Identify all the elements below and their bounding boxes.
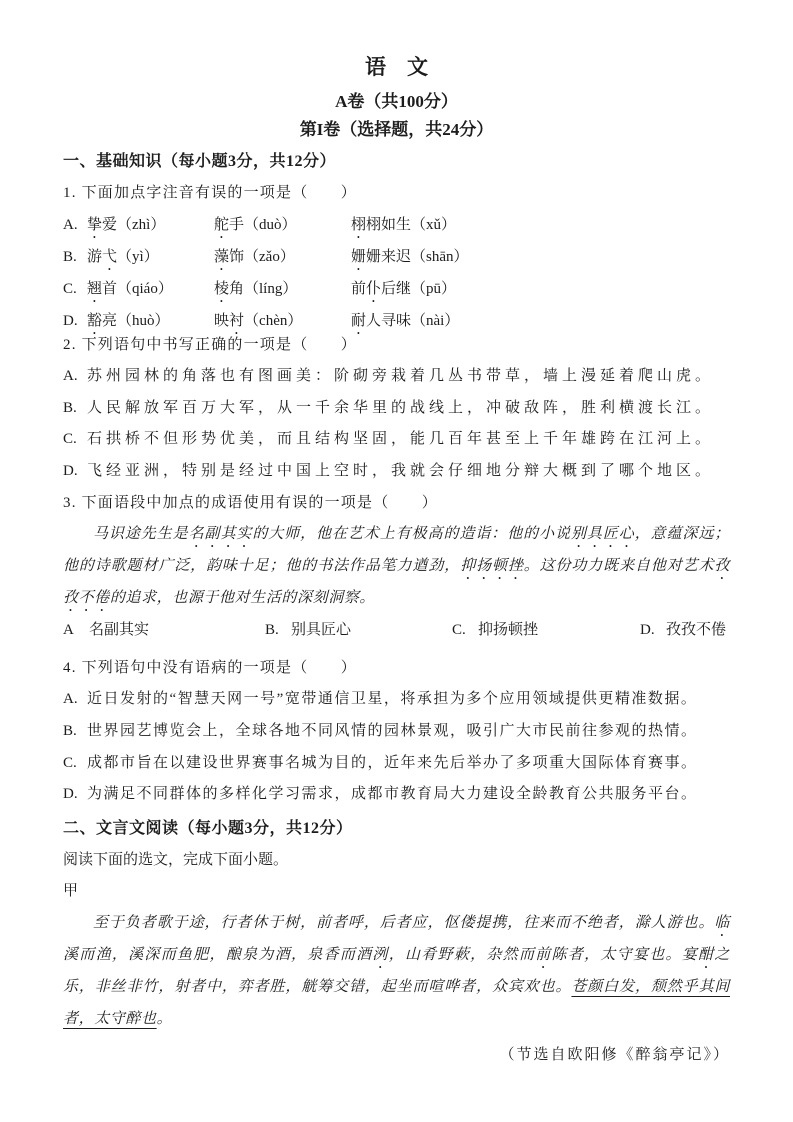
text-segment: 映 — [214, 313, 229, 329]
text-segment: 别具匠心 — [571, 526, 635, 542]
passage-label: 甲 — [63, 876, 730, 908]
text-segment: 前 — [535, 947, 551, 963]
text-segment: 溪而渔，溪深而鱼肥，酿泉为酒，泉香而酒 — [63, 947, 372, 963]
option-text: 人民解放军百万大军，从一千余华里的战线上，冲破敌阵，胜利横渡长江。 — [87, 400, 714, 416]
text-segment: 藻 — [214, 249, 229, 265]
option-label: D. — [63, 456, 87, 488]
option-label: C. — [63, 424, 87, 456]
q3-stem: 3. 下面语段中加点的成语使用有误的一项是（ ） — [63, 488, 730, 520]
text-segment: 豁 — [87, 313, 102, 329]
pinyin-term: 耐人寻味（nài） — [351, 313, 459, 329]
text-segment: 棱 — [214, 281, 229, 297]
text-segment: 至于负者歌于途，行者休于树，前者呼，后者应，伛偻提携，往来而不绝者，滁人游也。 — [93, 915, 714, 931]
q2-option-a: A.苏州园林的角落也有图画美：阶砌旁栽着几丛书带草，墙上漫延着爬山虎。 — [63, 361, 730, 393]
q4-option-a: A.近日发射的“智慧天网一号”宽带通信卫星，将承担为多个应用领域提供更精准数据。 — [63, 684, 730, 716]
option-label: C. — [452, 615, 474, 647]
text-segment: 舵 — [214, 217, 229, 233]
option-text: 别具匠心 — [291, 622, 351, 638]
exam-document: 语 文 A卷（共100分） 第I卷（选择题，共24分） 一、基础知识（每小题3分… — [0, 0, 793, 1122]
option-label: B. — [63, 716, 87, 748]
option-text: 抑扬顿挫 — [478, 622, 538, 638]
text-segment: （yì） — [117, 249, 159, 265]
text-segment: 陈者，太守宴也。宴 — [552, 947, 699, 963]
option-label: A. — [63, 361, 87, 393]
pinyin-term: 游弋（yì） — [87, 242, 214, 274]
text-segment: ，山肴野蔌，杂然而 — [389, 947, 536, 963]
text-segment: 。 — [157, 1011, 173, 1027]
option-label: B. — [63, 393, 87, 425]
text-segment: 酣 — [698, 947, 714, 963]
pinyin-term: 姗姗来迟（shān） — [351, 249, 469, 265]
option-text: 近日发射的“智慧天网一号”宽带通信卫星，将承担为多个应用领域提供更精准数据。 — [87, 691, 697, 707]
pinyin-term: 栩栩如生（xǔ） — [351, 217, 456, 233]
option-text: 世界园艺博览会上，全球各地不同风情的园林景观，吸引广大市民前往参观的热情。 — [87, 723, 698, 739]
text-segment: （chèn） — [244, 313, 302, 329]
option-label: B. — [265, 615, 287, 647]
reading-instruction: 阅读下面的选文，完成下面小题。 — [63, 845, 730, 877]
text-segment: 栩 — [351, 217, 366, 233]
pinyin-term: 前仆后继（pū） — [351, 281, 456, 297]
text-segment: 临 — [714, 915, 730, 931]
text-segment: 仆 — [366, 281, 381, 297]
text-segment: 的大师，他在艺术上有极高的造诣：他的小说 — [252, 526, 571, 542]
section2-heading: 二、文言文阅读（每小题3分，共12分） — [63, 813, 730, 845]
text-segment: 亮（huò） — [102, 313, 170, 329]
text-segment: 人寻味（nài） — [366, 313, 459, 329]
q3-option-c: C.抑扬顿挫 — [452, 615, 640, 647]
part-heading: 第I卷（选择题，共24分） — [63, 116, 730, 144]
q3-option-d: D.孜孜不倦 — [640, 615, 730, 647]
text-segment: 首（qiáo） — [102, 281, 173, 297]
option-label: A. — [63, 684, 87, 716]
text-segment: 栩如生（xǔ） — [366, 217, 456, 233]
text-segment: 后继（pū） — [381, 281, 456, 297]
text-segment: 角（líng） — [229, 281, 297, 297]
classical-passage: 至于负者歌于途，行者休于树，前者呼，后者应，伛偻提携，往来而不绝者，滁人游也。临… — [63, 908, 730, 1035]
passage-attribution: （节选自欧阳修《醉翁亭记》） — [63, 1040, 730, 1072]
option-label: D. — [63, 779, 87, 811]
option-text: 孜孜不倦 — [666, 622, 726, 638]
text-segment: 挚 — [87, 217, 102, 233]
text-segment: 的追求，也源于他对生活的深刻洞察。 — [110, 590, 375, 606]
text-segment: 。这份功力既来自他对艺术 — [524, 558, 715, 574]
q1-stem: 1. 下面加点字注音有误的一项是（ ） — [63, 178, 730, 210]
option-label: A — [63, 615, 85, 647]
text-segment: 爱（zhì） — [102, 217, 165, 233]
q2-option-d: D.飞经亚洲，特别是经过中国上空时，我就会仔细地分辩大概到了哪个地区。 — [63, 456, 730, 488]
text-segment: 姗 — [351, 249, 366, 265]
text-segment: 衬 — [229, 313, 244, 329]
pinyin-term: 翘首（qiáo） — [87, 274, 214, 306]
text-segment: 耐 — [351, 313, 366, 329]
option-text: 石拱桥不但形势优美，而且结构坚固，能几百年甚至上千年雄跨在江河上。 — [87, 431, 714, 447]
text-segment: 马识途先生是 — [93, 526, 189, 542]
pinyin-term: 藻饰（zǎo） — [214, 242, 351, 274]
pinyin-term: 舵手（duò） — [214, 210, 351, 242]
option-text: 成都市旨在以建设世界赛事名城为目的，近年来先后举办了多项重大国际体育赛事。 — [87, 755, 698, 771]
section1-heading: 一、基础知识（每小题3分，共12分） — [63, 146, 730, 178]
q3-options-row: A名副其实 B.别具匠心 C.抑扬顿挫 D.孜孜不倦 — [63, 615, 730, 647]
option-label: A. — [63, 210, 87, 242]
text-segment: 翘 — [87, 281, 102, 297]
pinyin-term: 挚爱（zhì） — [87, 210, 214, 242]
text-segment: 抑扬顿挫 — [460, 558, 524, 574]
q3-option-a: A名副其实 — [63, 615, 265, 647]
option-label: C. — [63, 274, 87, 306]
text-segment: 弋 — [102, 249, 117, 265]
q1-option-b: B.游弋（yì）藻饰（zǎo）姗姗来迟（shān） — [63, 242, 730, 274]
option-label: D. — [640, 615, 662, 647]
option-text: 名副其实 — [89, 622, 149, 638]
text-segment: 游 — [87, 249, 102, 265]
q2-option-c: C.石拱桥不但形势优美，而且结构坚固，能几百年甚至上千年雄跨在江河上。 — [63, 424, 730, 456]
option-text: 为满足不同群体的多样化学习需求，成都市教育局大力建设全龄教育公共服务平台。 — [87, 786, 698, 802]
q4-option-d: D.为满足不同群体的多样化学习需求，成都市教育局大力建设全龄教育公共服务平台。 — [63, 779, 730, 811]
q1-option-c: C.翘首（qiáo）棱角（líng）前仆后继（pū） — [63, 274, 730, 306]
option-text: 飞经亚洲，特别是经过中国上空时，我就会仔细地分辩大概到了哪个地区。 — [87, 463, 714, 479]
text-segment: 洌 — [372, 947, 388, 963]
q4-stem: 4. 下列语句中没有语病的一项是（ ） — [63, 653, 730, 685]
option-text: 苏州园林的角落也有图画美：阶砌旁栽着几丛书带草，墙上漫延着爬山虎。 — [87, 368, 714, 384]
q4-option-b: B.世界园艺博览会上，全球各地不同风情的园林景观，吸引广大市民前往参观的热情。 — [63, 716, 730, 748]
option-label: B. — [63, 242, 87, 274]
q3-option-b: B.别具匠心 — [265, 615, 452, 647]
text-segment: 前 — [351, 281, 366, 297]
page-title: 语 文 — [63, 52, 730, 82]
text-segment: 手（duò） — [229, 217, 297, 233]
text-segment: 名副其实 — [189, 526, 253, 542]
pinyin-term: 棱角（líng） — [214, 274, 351, 306]
option-label: C. — [63, 748, 87, 780]
q4-option-c: C.成都市旨在以建设世界赛事名城为目的，近年来先后举办了多项重大国际体育赛事。 — [63, 748, 730, 780]
q3-paragraph: 马识途先生是名副其实的大师，他在艺术上有极高的造诣：他的小说别具匠心，意蕴深远；… — [63, 519, 730, 615]
text-segment: 饰（zǎo） — [229, 249, 295, 265]
q2-option-b: B.人民解放军百万大军，从一千余华里的战线上，冲破敌阵，胜利横渡长江。 — [63, 393, 730, 425]
text-segment: 姗来迟（shān） — [366, 249, 469, 265]
q1-option-a: A.挚爱（zhì）舵手（duò）栩栩如生（xǔ） — [63, 210, 730, 242]
volume-heading: A卷（共100分） — [63, 88, 730, 116]
